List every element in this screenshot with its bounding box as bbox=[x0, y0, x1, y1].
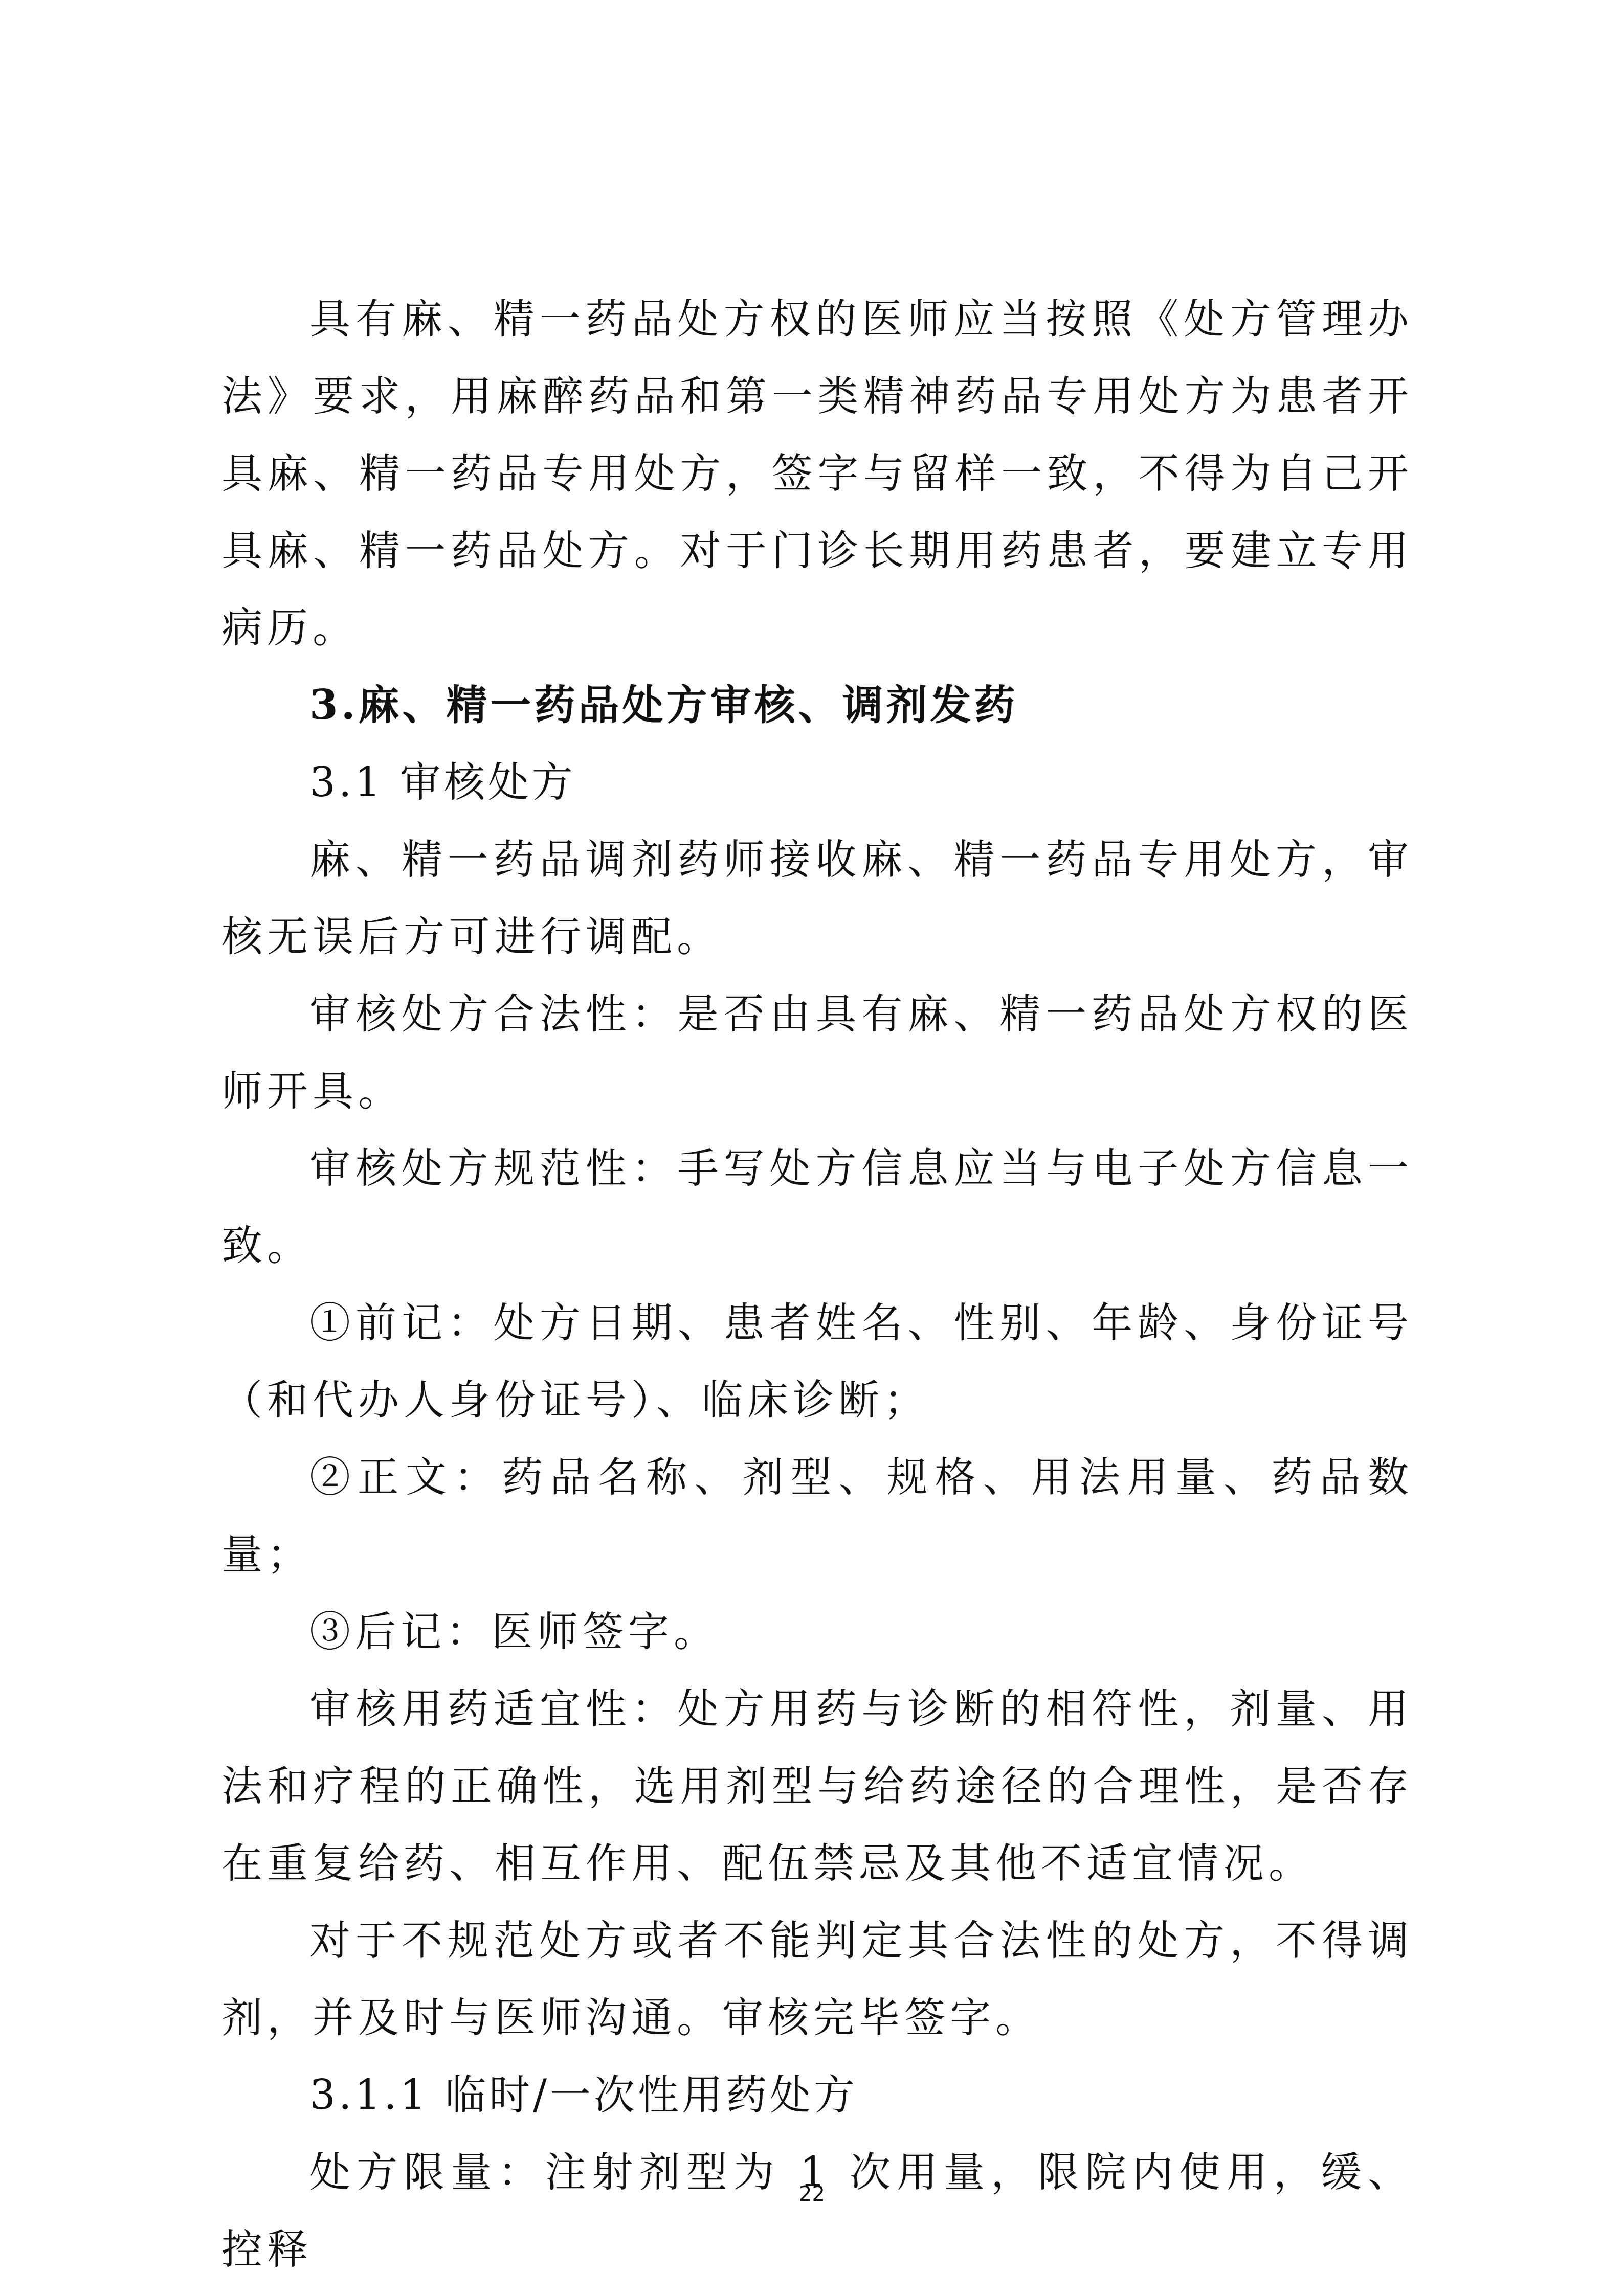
paragraph-legality-review: 审核处方合法性：是否由具有麻、精一药品处方权的医师开具。 bbox=[221, 975, 1413, 1130]
paragraph-appropriateness-review: 审核用药适宜性：处方用药与诊断的相符性，剂量、用法和疗程的正确性，选用剂型与给药… bbox=[221, 1670, 1413, 1902]
paragraph-standardization-review: 审核处方规范性：手写处方信息应当与电子处方信息一致。 bbox=[221, 1130, 1413, 1284]
paragraph-prescribing-authority: 具有麻、精一药品处方权的医师应当按照《处方管理办法》要求，用麻醉药品和第一类精神… bbox=[221, 280, 1413, 666]
paragraph-pharmacist-receive: 麻、精一药品调剂药师接收麻、精一药品专用处方，审核无误后方可进行调配。 bbox=[221, 821, 1413, 975]
subsection-heading-3-1: 3.1 审核处方 bbox=[221, 744, 1413, 821]
list-item-body-text: ②正文：药品名称、剂型、规格、用法用量、药品数量； bbox=[221, 1438, 1413, 1593]
document-page-body: 具有麻、精一药品处方权的医师应当按照《处方管理办法》要求，用麻醉药品和第一类精神… bbox=[221, 280, 1413, 2288]
paragraph-nonstandard-handling: 对于不规范处方或者不能判定其合法性的处方，不得调剂，并及时与医师沟通。审核完毕签… bbox=[221, 1902, 1413, 2056]
list-item-preamble: ①前记：处方日期、患者姓名、性别、年龄、身份证号（和代办人身份证号）、临床诊断； bbox=[221, 1284, 1413, 1438]
section-heading-3: 3.麻、精一药品处方审核、调剂发药 bbox=[221, 666, 1413, 744]
paragraph-prescription-limit: 处方限量：注射剂型为 1 次用量，限院内使用，缓、控释 bbox=[221, 2133, 1413, 2288]
list-item-postscript: ③后记：医师签字。 bbox=[221, 1593, 1413, 1670]
page-number: 22 bbox=[0, 2182, 1624, 2206]
subsection-heading-3-1-1: 3.1.1 临时/一次性用药处方 bbox=[221, 2056, 1413, 2133]
